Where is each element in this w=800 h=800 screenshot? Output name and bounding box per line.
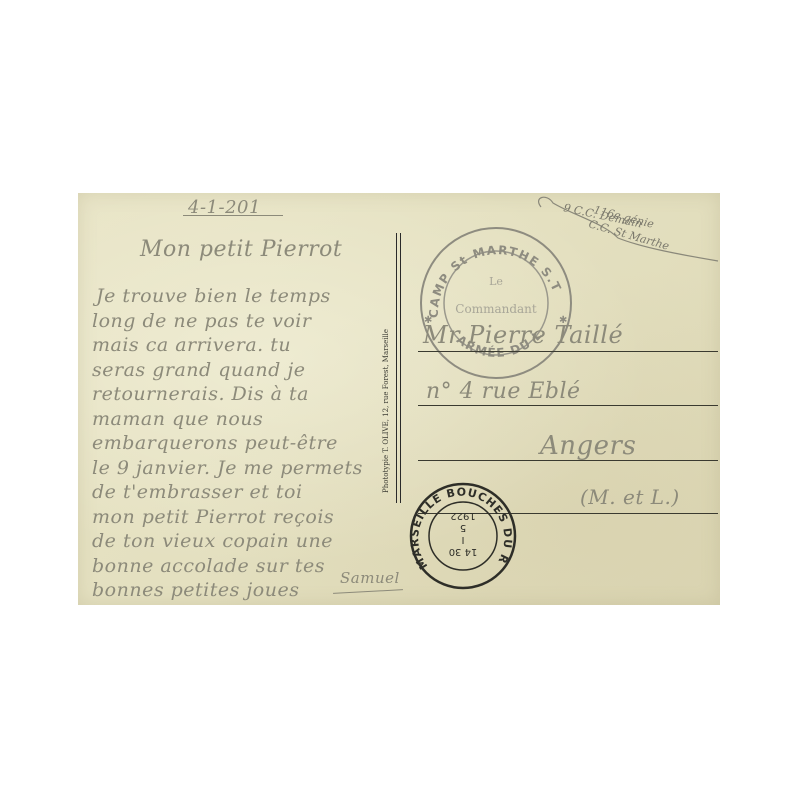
marseille-postmark: MARSEILLE BOUCHES DU RHÔNE 14 30 I 5 192… xyxy=(408,481,518,591)
signature-underline xyxy=(333,589,403,594)
address-rule xyxy=(418,405,718,406)
address-city: Angers xyxy=(540,431,636,461)
message-line: embarquerons peut-être xyxy=(92,432,338,454)
message-line: de ton vieux copain une xyxy=(92,530,333,552)
postmark-day: 5 xyxy=(460,522,466,533)
postmark-month: I xyxy=(462,534,465,545)
message-line: mon petit Pierrot reçois xyxy=(92,506,334,528)
date-underline xyxy=(183,215,283,216)
message-line: le 9 janvier. Je me permets xyxy=(92,457,363,479)
address-rule xyxy=(418,351,718,352)
postmark-time: 14 30 xyxy=(449,546,478,557)
message-greeting: Mon petit Pierrot xyxy=(140,237,342,262)
printer-credit-text: Phototypie T. OLIVE, 12, rue Forest, Mar… xyxy=(382,329,390,493)
message-line: bonnes petites joues xyxy=(92,579,299,601)
message-line: maman que nous xyxy=(92,408,263,430)
message-line: bonne accolade sur tes xyxy=(92,555,325,577)
camp-stamp-inner-line: Commandant xyxy=(455,302,537,316)
message-line: seras grand quand je xyxy=(92,359,306,381)
camp-stamp-inner-line: Le xyxy=(489,275,503,288)
message-line: mais ca arrivera. tu xyxy=(92,334,291,356)
address-department: (M. et L.) xyxy=(580,485,680,509)
postcard-back: 4-1-201 Mon petit Pierrot Je trouve bien… xyxy=(78,193,720,605)
printer-credit: Phototypie T. OLIVE, 12, rue Forest, Mar… xyxy=(382,493,396,503)
message-line: retournerais. Dis à ta xyxy=(92,383,309,405)
message-line: long de ne pas te voir xyxy=(92,310,311,332)
address-name: Mr Pierre Taillé xyxy=(423,321,623,349)
postmark-year: 1922 xyxy=(450,510,475,521)
message-line: Je trouve bien le temps xyxy=(96,285,331,307)
center-divider xyxy=(396,233,401,503)
message-signature: Samuel xyxy=(340,569,400,587)
message-line: de t'embrasser et toi xyxy=(92,481,303,503)
address-street: n° 4 rue Eblé xyxy=(426,379,581,404)
corner-pencil-note: 9 C.C. Demain 116e génie C.C. St Marthe xyxy=(533,193,723,263)
